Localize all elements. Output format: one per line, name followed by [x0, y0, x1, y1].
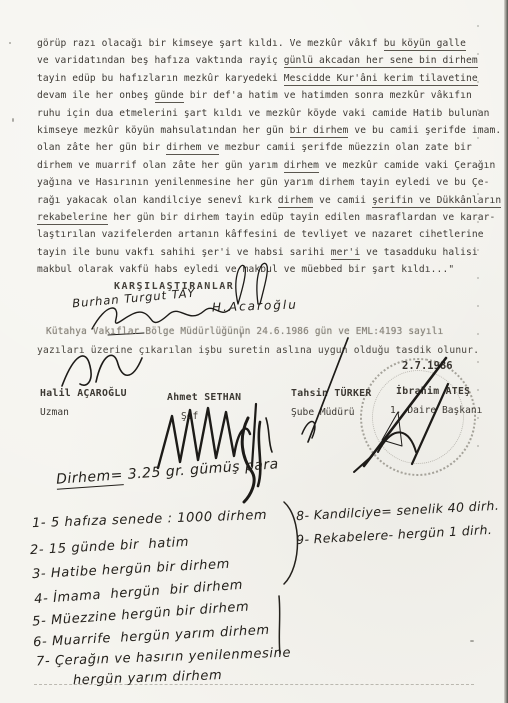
handwritten-list-item: 7- Çerağın ve hasırın yenilenmesine — [36, 646, 292, 670]
signature-halil — [56, 346, 151, 392]
typed-line: devam ile her onbeş günde bir def'a hati… — [37, 87, 477, 104]
typed-line: kimseye mezkûr köyün mahsulatından her g… — [37, 122, 477, 139]
typed-line: tayin edüp bu hafızların mezkûr karyedek… — [37, 70, 477, 87]
pen-vertical-line — [274, 594, 284, 656]
signatory-halil: Halil AÇAROĞLU Uzman — [40, 388, 127, 418]
typed-line: ve varidatından beş hafıza vaktında rayi… — [37, 52, 477, 69]
typed-paragraph: görüp razı olacağı bir kimseye şart kıld… — [37, 35, 477, 278]
handwritten-list-item: 9- Rekabelere- hergün 1 dirh. — [296, 522, 493, 547]
typed-line: dirhem ve muarrif olan zâte her gün yarı… — [37, 157, 477, 174]
handwritten-list-item: 8- Kandilciye= senelik 40 dirh. — [296, 498, 500, 524]
typed-line: yağına ve Hasırının yenilenmesine her gü… — [37, 174, 477, 191]
typed-line: tayin ile bunu vakfı sahihi şer'i ve hab… — [37, 244, 477, 261]
dirhem-label: Dirhem= — [56, 467, 124, 490]
signatory-title: Uzman — [40, 407, 127, 418]
typed-line: laştırılan vazifelerden artanın kâffesin… — [37, 226, 477, 243]
typed-line: olan zâte her gün bir dirhem ve mezbur c… — [37, 139, 477, 156]
signature-acaroglu-flourish — [226, 260, 286, 306]
scan-speck — [9, 42, 11, 44]
certification-line1: Kütahya Vakıflar Bölge Müdürlüğünün 24.6… — [46, 326, 443, 337]
scan-edge-shadow — [504, 0, 508, 703]
scan-speck — [470, 640, 474, 642]
handwritten-list-item: 1- 5 hafıza senede : 1000 dirhem — [32, 508, 268, 531]
handwritten-list-item: 3- Hatibe hergün bir dirhem — [32, 557, 231, 582]
scanned-document-page: görüp razı olacağı bir kimseye şart kıld… — [0, 0, 508, 703]
signature-ibrahim — [352, 352, 462, 474]
handwritten-list-item: hergün yarım dirhem — [54, 668, 223, 689]
pen-bracket — [280, 500, 304, 588]
scan-speck — [12, 118, 14, 122]
typed-line: rekabelerine her gün bir dirhem tayin ed… — [37, 209, 477, 226]
typed-line: görüp razı olacağı bir kimseye şart kıld… — [37, 35, 477, 52]
handwritten-list-item: 2- 15 günde bir hatim — [30, 535, 190, 558]
typed-line: rağı yakacak olan kandilciye senevî kırk… — [37, 192, 477, 209]
typed-line: ruhu için dua etmelerini şart kıldı ve m… — [37, 105, 477, 122]
